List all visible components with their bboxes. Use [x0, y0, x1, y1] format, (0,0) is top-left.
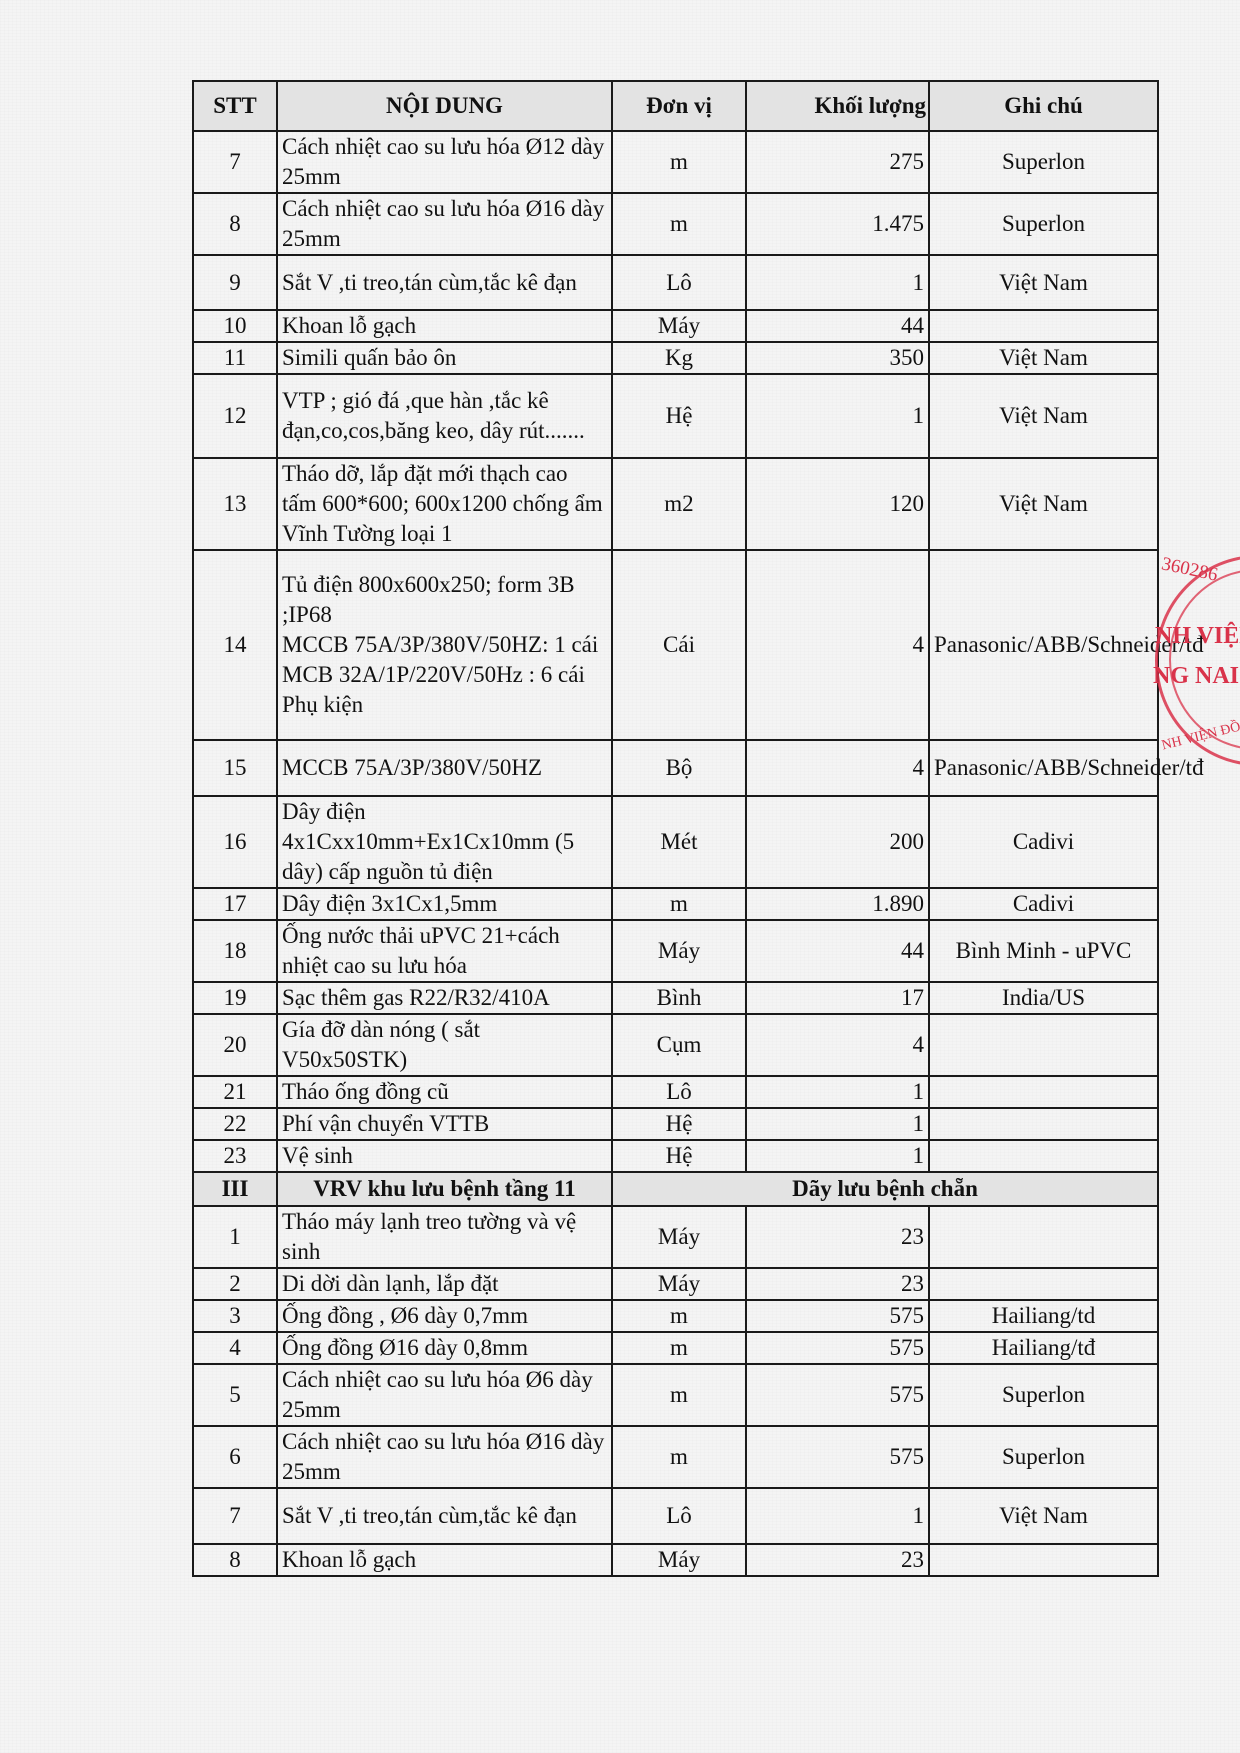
row-quantity: 44 — [746, 920, 929, 982]
row-unit: Lô — [612, 1076, 746, 1108]
table-row: 11Simili quấn bảo ônKg350Việt Nam — [193, 342, 1158, 374]
row-note: Việt Nam — [929, 1488, 1158, 1544]
row-unit: m — [612, 1426, 746, 1488]
row-stt: 17 — [193, 888, 277, 920]
row-stt: 11 — [193, 342, 277, 374]
row-note: Việt Nam — [929, 458, 1158, 550]
table-row: 8Cách nhiệt cao su lưu hóa Ø16 dày 25mmm… — [193, 193, 1158, 255]
row-content: Cách nhiệt cao su lưu hóa Ø16 dày 25mm — [277, 1426, 612, 1488]
table-row: 9Sắt V ,ti treo,tán cùm,tắc kê đạnLô1Việ… — [193, 255, 1158, 310]
row-quantity: 1 — [746, 1076, 929, 1108]
row-note: Superlon — [929, 131, 1158, 193]
stamp-inner-ring — [1169, 569, 1240, 750]
table-row: 23Vệ sinhHệ1 — [193, 1140, 1158, 1172]
bill-of-materials-table: STT NỘI DUNG Đơn vị Khối lượng Ghi chú 7… — [192, 80, 1159, 1577]
row-unit: Cái — [612, 550, 746, 740]
row-stt: 3 — [193, 1300, 277, 1332]
content-line: Tủ điện 800x600x250; form 3B ;IP68 — [282, 570, 607, 630]
row-unit: Máy — [612, 1268, 746, 1300]
row-content: VTP ; gió đá ,que hàn ,tắc kê đạn,co,cos… — [277, 374, 612, 458]
row-unit: Kg — [612, 342, 746, 374]
row-quantity: 350 — [746, 342, 929, 374]
row-content: Tháo máy lạnh treo tường và vệ sinh — [277, 1206, 612, 1268]
table-row: 6Cách nhiệt cao su lưu hóa Ø16 dày 25mmm… — [193, 1426, 1158, 1488]
row-note: Panasonic/ABB/Schneider/tđ — [929, 740, 1158, 796]
row-content: Tháo dỡ, lắp đặt mới thạch cao tấm 600*6… — [277, 458, 612, 550]
stamp-number: 360286 — [1159, 555, 1219, 587]
row-unit: m — [612, 131, 746, 193]
row-stt: 8 — [193, 193, 277, 255]
row-quantity: 23 — [746, 1544, 929, 1576]
row-unit: Lô — [612, 1488, 746, 1544]
row-quantity: 1 — [746, 1140, 929, 1172]
section-number: III — [193, 1172, 277, 1206]
row-unit: Hệ — [612, 1108, 746, 1140]
row-content: Sắt V ,ti treo,tán cùm,tắc kê đạn — [277, 255, 612, 310]
row-unit: Hệ — [612, 1140, 746, 1172]
row-unit: m — [612, 1300, 746, 1332]
table-row: 1Tháo máy lạnh treo tường và vệ sinhMáy2… — [193, 1206, 1158, 1268]
stamp-outer-ring — [1155, 555, 1240, 766]
row-note: Việt Nam — [929, 255, 1158, 310]
row-stt: 8 — [193, 1544, 277, 1576]
row-note — [929, 1076, 1158, 1108]
row-content: Phí vận chuyển VTTB — [277, 1108, 612, 1140]
row-unit: Lô — [612, 255, 746, 310]
row-quantity: 275 — [746, 131, 929, 193]
row-note — [929, 1108, 1158, 1140]
table-row: 10Khoan lỗ gạchMáy44 — [193, 310, 1158, 342]
row-content: Vệ sinh — [277, 1140, 612, 1172]
table-header-row: STT NỘI DUNG Đơn vị Khối lượng Ghi chú — [193, 81, 1158, 131]
row-content: Dây điện 3x1Cx1,5mm — [277, 888, 612, 920]
table-body: 7Cách nhiệt cao su lưu hóa Ø12 dày 25mmm… — [193, 131, 1158, 1576]
table-row: 22Phí vận chuyển VTTBHệ1 — [193, 1108, 1158, 1140]
row-quantity: 4 — [746, 740, 929, 796]
row-unit: m2 — [612, 458, 746, 550]
row-quantity: 4 — [746, 1014, 929, 1076]
row-unit: Bình — [612, 982, 746, 1014]
row-note — [929, 310, 1158, 342]
row-quantity: 23 — [746, 1206, 929, 1268]
table-row: 4 Ống đồng Ø16 dày 0,8mmm575Hailiang/tđ — [193, 1332, 1158, 1364]
table-row: 16Dây điện 4x1Cxx10mm+Ex1Cx10mm (5 dây) … — [193, 796, 1158, 888]
table-row: 12VTP ; gió đá ,que hàn ,tắc kê đạn,co,c… — [193, 374, 1158, 458]
row-note — [929, 1544, 1158, 1576]
row-stt: 13 — [193, 458, 277, 550]
stamp-text-line2: NG NAI - 2 — [1153, 663, 1240, 690]
row-unit: Máy — [612, 310, 746, 342]
row-stt: 12 — [193, 374, 277, 458]
row-note: Hailiang/td — [929, 1300, 1158, 1332]
header-note: Ghi chú — [929, 81, 1158, 131]
row-quantity: 1 — [746, 1108, 929, 1140]
row-note: India/US — [929, 982, 1158, 1014]
row-content: Ống đồng , Ø6 dày 0,7mm — [277, 1300, 612, 1332]
header-stt: STT — [193, 81, 277, 131]
table-row: 13Tháo dỡ, lắp đặt mới thạch cao tấm 600… — [193, 458, 1158, 550]
row-content: Sắt V ,ti treo,tán cùm,tắc kê đạn — [277, 1488, 612, 1544]
row-stt: 6 — [193, 1426, 277, 1488]
table-row: 21Tháo ống đồng cũLô1 — [193, 1076, 1158, 1108]
table-row: 5Cách nhiệt cao su lưu hóa Ø6 dày 25mmm5… — [193, 1364, 1158, 1426]
row-quantity: 17 — [746, 982, 929, 1014]
table-row: 19Sạc thêm gas R22/R32/410ABình17India/U… — [193, 982, 1158, 1014]
row-quantity: 44 — [746, 310, 929, 342]
row-note: Panasonic/ABB/Schneider/tđ — [929, 550, 1158, 740]
row-unit: m — [612, 1332, 746, 1364]
row-quantity: 1.890 — [746, 888, 929, 920]
table-row: 2Di dời dàn lạnh, lắp đặtMáy23 — [193, 1268, 1158, 1300]
table-row: 3 Ống đồng , Ø6 dày 0,7mmm575Hailiang/td — [193, 1300, 1158, 1332]
stamp-text-line3: NH VIỆN ĐỒ — [1160, 719, 1240, 754]
row-unit: m — [612, 1364, 746, 1426]
row-stt: 21 — [193, 1076, 277, 1108]
row-note: Việt Nam — [929, 374, 1158, 458]
table-row: 14Tủ điện 800x600x250; form 3B ;IP68MCCB… — [193, 550, 1158, 740]
stamp-text-line1: NH VIỆN — [1155, 623, 1240, 650]
row-stt: 16 — [193, 796, 277, 888]
table-row: 8Khoan lỗ gạchMáy23 — [193, 1544, 1158, 1576]
row-note: Superlon — [929, 1364, 1158, 1426]
table-row: 20Gía đỡ dàn nóng ( sắt V50x50STK)Cụm4 — [193, 1014, 1158, 1076]
table-row: 7Cách nhiệt cao su lưu hóa Ø12 dày 25mmm… — [193, 131, 1158, 193]
row-unit: Máy — [612, 1206, 746, 1268]
row-quantity: 1.475 — [746, 193, 929, 255]
row-quantity: 575 — [746, 1364, 929, 1426]
row-note — [929, 1268, 1158, 1300]
row-stt: 15 — [193, 740, 277, 796]
row-note — [929, 1140, 1158, 1172]
row-unit: Mét — [612, 796, 746, 888]
row-content: Cách nhiệt cao su lưu hóa Ø12 dày 25mm — [277, 131, 612, 193]
row-content: Simili quấn bảo ôn — [277, 342, 612, 374]
table-row: 17Dây điện 3x1Cx1,5mmm1.890Cadivi — [193, 888, 1158, 920]
row-stt: 22 — [193, 1108, 277, 1140]
content-line: Phụ kiện — [282, 690, 607, 720]
row-unit: Cụm — [612, 1014, 746, 1076]
row-note: Cadivi — [929, 888, 1158, 920]
row-unit: Hệ — [612, 374, 746, 458]
header-content: NỘI DUNG — [277, 81, 612, 131]
row-content: Gía đỡ dàn nóng ( sắt V50x50STK) — [277, 1014, 612, 1076]
table-row: 15MCCB 75A/3P/380V/50HZBộ4Panasonic/ABB/… — [193, 740, 1158, 796]
row-unit: Máy — [612, 1544, 746, 1576]
row-content: MCCB 75A/3P/380V/50HZ — [277, 740, 612, 796]
row-quantity: 23 — [746, 1268, 929, 1300]
row-stt: 23 — [193, 1140, 277, 1172]
row-stt: 9 — [193, 255, 277, 310]
row-content: Sạc thêm gas R22/R32/410A — [277, 982, 612, 1014]
row-unit: Bộ — [612, 740, 746, 796]
content-line: MCB 32A/1P/220V/50Hz : 6 cái — [282, 660, 607, 690]
row-note — [929, 1014, 1158, 1076]
row-stt: 18 — [193, 920, 277, 982]
row-content: Cách nhiệt cao su lưu hóa Ø16 dày 25mm — [277, 193, 612, 255]
row-stt: 5 — [193, 1364, 277, 1426]
header-unit: Đơn vị — [612, 81, 746, 131]
row-content: Ống đồng Ø16 dày 0,8mm — [277, 1332, 612, 1364]
row-quantity: 575 — [746, 1426, 929, 1488]
row-quantity: 200 — [746, 796, 929, 888]
row-content: Khoan lỗ gạch — [277, 310, 612, 342]
table-row: 7Sắt V ,ti treo,tán cùm,tắc kê đạnLô1Việ… — [193, 1488, 1158, 1544]
row-stt: 1 — [193, 1206, 277, 1268]
row-content: Khoan lỗ gạch — [277, 1544, 612, 1576]
table-row: 18Ống nước thải uPVC 21+cách nhiệt cao s… — [193, 920, 1158, 982]
row-quantity: 4 — [746, 550, 929, 740]
row-note — [929, 1206, 1158, 1268]
row-stt: 10 — [193, 310, 277, 342]
row-quantity: 1 — [746, 255, 929, 310]
row-stt: 2 — [193, 1268, 277, 1300]
row-note: Superlon — [929, 193, 1158, 255]
row-quantity: 575 — [746, 1332, 929, 1364]
row-note: Superlon — [929, 1426, 1158, 1488]
row-stt: 7 — [193, 131, 277, 193]
row-stt: 19 — [193, 982, 277, 1014]
row-quantity: 1 — [746, 1488, 929, 1544]
row-note: Việt Nam — [929, 342, 1158, 374]
row-content: Cách nhiệt cao su lưu hóa Ø6 dày 25mm — [277, 1364, 612, 1426]
row-unit: Máy — [612, 920, 746, 982]
header-qty: Khối lượng — [746, 81, 929, 131]
red-seal-stamp: 360286 NH VIỆN NG NAI - 2 NH VIỆN ĐỒ — [1148, 555, 1240, 770]
section-subtitle: Dãy lưu bệnh chẵn — [612, 1172, 1158, 1206]
section-title: VRV khu lưu bệnh tầng 11 — [277, 1172, 612, 1206]
row-note: Bình Minh - uPVC — [929, 920, 1158, 982]
row-stt: 14 — [193, 550, 277, 740]
section-row: IIIVRV khu lưu bệnh tầng 11Dãy lưu bệnh … — [193, 1172, 1158, 1206]
row-content: Dây điện 4x1Cxx10mm+Ex1Cx10mm (5 dây) cấ… — [277, 796, 612, 888]
row-unit: m — [612, 888, 746, 920]
row-note: Cadivi — [929, 796, 1158, 888]
row-note: Hailiang/tđ — [929, 1332, 1158, 1364]
content-line: MCCB 75A/3P/380V/50HZ: 1 cái — [282, 630, 607, 660]
row-content: Ống nước thải uPVC 21+cách nhiệt cao su … — [277, 920, 612, 982]
row-stt: 4 — [193, 1332, 277, 1364]
row-stt: 20 — [193, 1014, 277, 1076]
row-content: Di dời dàn lạnh, lắp đặt — [277, 1268, 612, 1300]
row-unit: m — [612, 193, 746, 255]
row-quantity: 1 — [746, 374, 929, 458]
row-quantity: 120 — [746, 458, 929, 550]
row-stt: 7 — [193, 1488, 277, 1544]
row-quantity: 575 — [746, 1300, 929, 1332]
row-content: Tủ điện 800x600x250; form 3B ;IP68MCCB 7… — [277, 550, 612, 740]
row-content: Tháo ống đồng cũ — [277, 1076, 612, 1108]
